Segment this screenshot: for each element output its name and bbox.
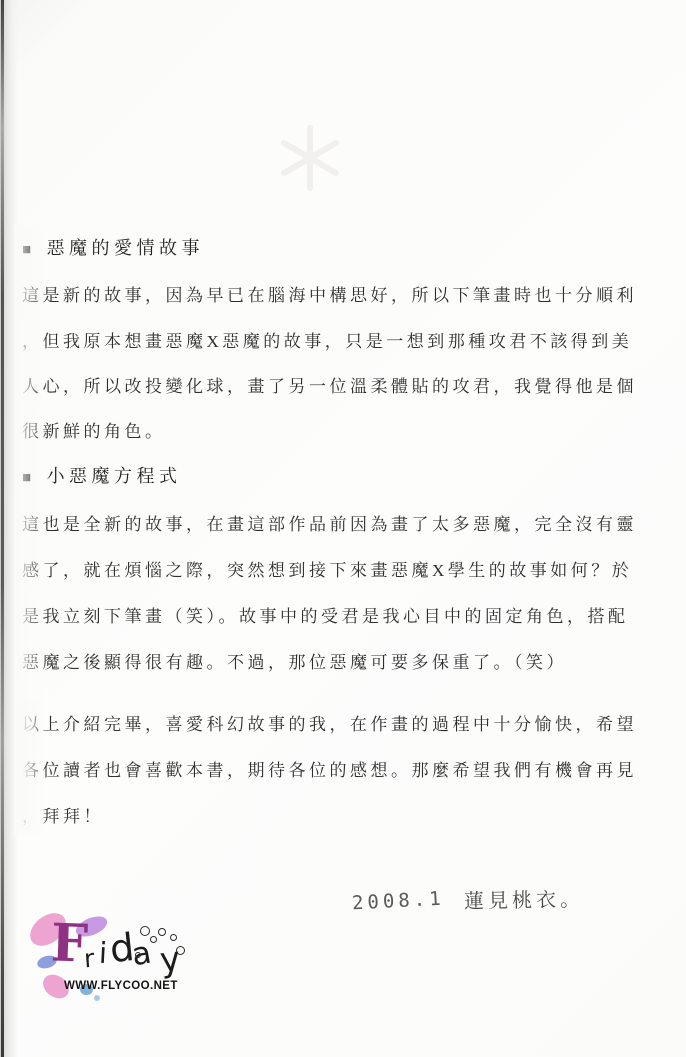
bubble-icon: [176, 946, 185, 955]
section-heading-1: ■ 惡魔的愛情故事: [22, 234, 204, 260]
square-bullet-icon: ■: [22, 242, 36, 258]
brand-letter: i: [98, 936, 108, 970]
bubble-icon: [170, 934, 177, 941]
section-heading-2: ■ 小惡魔方程式: [22, 462, 182, 488]
bubble-icon: [158, 928, 166, 936]
text-line: 很新鮮的角色。: [22, 417, 166, 442]
text-line: ，拜拜！: [22, 802, 104, 827]
section-title: 惡魔的愛情故事: [47, 238, 205, 258]
text-line: 感了，就在煩惱之際，突然想到接下來畫惡魔X學生的故事如何？於: [22, 556, 632, 581]
text-line: 惡魔之後顯得很有趣。不過，那位惡魔可要多保重了。（笑）: [22, 648, 567, 673]
text-line: 這是新的故事，因為早已在腦海中構思好，所以下筆畫時也十分順利: [22, 281, 637, 306]
signature-date: 2008.1: [351, 888, 445, 915]
scanned-afterword-page: ■ 惡魔的愛情故事 這是新的故事，因為早已在腦海中構思好，所以下筆畫時也十分順利…: [0, 0, 686, 1057]
text-line: 是我立刻下筆畫（笑）。故事中的受君是我心目中的固定角色，搭配: [22, 602, 629, 627]
text-line: 以上介紹完畢，喜愛科幻故事的我，在作畫的過程中十分愉快，希望: [22, 710, 637, 735]
text-line: ，但我原本想畫惡魔X惡魔的故事，只是一想到那種攻君不該得到美: [22, 327, 632, 352]
text-line: 各位讀者也會喜歡本書，期待各位的感想。那麼希望我們有機會再見: [22, 756, 637, 781]
blue-dot-icon: [94, 995, 100, 1001]
text-line: 這也是全新的故事，在畫這部作品前因為畫了太多惡魔，完全沒有靈: [22, 510, 637, 535]
flower-watermark-icon: [278, 122, 342, 199]
scan-edge-line: [1, 0, 4, 1057]
section-title: 小惡魔方程式: [47, 466, 182, 486]
signature-author: 蓮見桃衣。: [464, 883, 584, 914]
bubble-icon: [140, 926, 150, 936]
bubble-icon: [135, 952, 141, 958]
square-bullet-icon: ■: [22, 470, 36, 486]
friday-logo: F r i d a y WWW.FLYCOO.NET: [18, 908, 228, 1023]
bubble-icon: [150, 936, 157, 943]
brand-letter: r: [83, 944, 95, 974]
logo-url-text: WWW.FLYCOO.NET: [64, 980, 178, 992]
text-line: 人心，所以改投變化球，畫了另一位溫柔體貼的攻君，我覺得他是個: [22, 372, 637, 397]
